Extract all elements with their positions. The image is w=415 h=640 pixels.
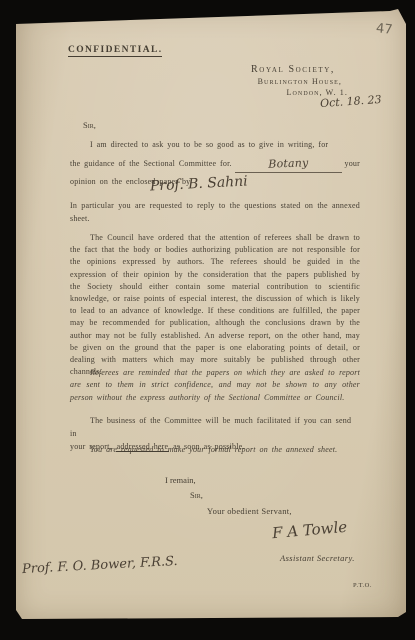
salutation: Sir,	[83, 120, 96, 130]
closing-sir: Sir,	[190, 490, 203, 500]
handwritten-committee-name: Botany	[234, 153, 341, 175]
paragraph-request-line2: the guidance of the Sectional Committee …	[70, 155, 360, 174]
paragraph-request-line2-end: your	[345, 155, 360, 174]
paragraph-confidence-notice: Referees are reminded that the papers on…	[70, 367, 360, 404]
page-number-annotation: 47	[375, 21, 393, 38]
paragraph-request-line2-start: the guidance of the Sectional Committee …	[70, 155, 232, 174]
letterhead-address-line1: Burlington House,	[258, 77, 342, 86]
letter-page: 47 CONFIDENTIAL. Royal Society, Burlingt…	[16, 8, 406, 620]
handwritten-date: Oct. 18. 23	[320, 93, 382, 110]
handwritten-signature: F A Towle	[271, 518, 347, 542]
paragraph-formal-report: You are requested to make your formal re…	[70, 444, 360, 456]
paragraph-instructions: In particular you are requested to reply…	[70, 200, 360, 225]
letterhead-society: Royal Society,	[251, 64, 335, 75]
paragraph-council-order: The Council have ordered that the attent…	[70, 232, 360, 378]
secretary-title: Assistant Secretary.	[280, 553, 355, 563]
closing-i-remain: I remain,	[165, 475, 196, 485]
pto-note: P.T.O.	[353, 582, 372, 589]
handwritten-addressee: Prof. F. O. Bower, F.R.S.	[22, 554, 178, 577]
closing-servant: Your obedient Servant,	[207, 506, 292, 516]
paragraph-send-report-line1: The business of the Committee will be mu…	[70, 414, 360, 440]
paragraph-request-line1: I am directed to ask you to be so good a…	[70, 136, 360, 155]
committee-fill-line: Botany	[235, 159, 342, 173]
confidential-stamp: CONFIDENTIAL.	[68, 45, 162, 57]
